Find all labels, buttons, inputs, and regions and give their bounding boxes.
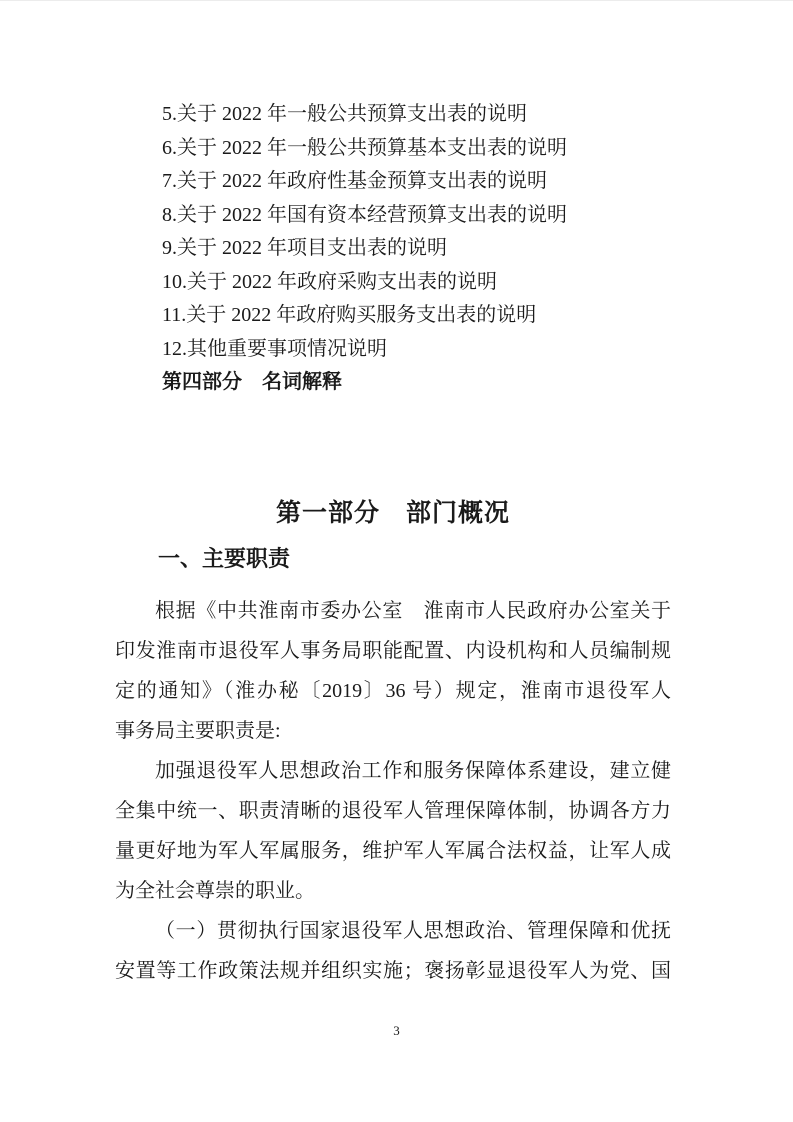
text-line: 定的通知》（淮办秘〔2019〕36 号）规定，淮南市退役军人 <box>115 671 671 711</box>
toc-item: 12.其他重要事项情况说明 <box>115 333 671 367</box>
paragraph: （一）贯彻执行国家退役军人思想政治、管理保障和优抚 安置等工作政策法规并组织实施… <box>115 911 671 991</box>
text-line: 量更好地为军人军属服务，维护军人军属合法权益，让军人成 <box>115 831 671 871</box>
toc-item: 6.关于 2022 年一般公共预算基本支出表的说明 <box>115 132 671 166</box>
toc-item: 5.关于 2022 年一般公共预算支出表的说明 <box>115 98 671 132</box>
toc-item: 10.关于 2022 年政府采购支出表的说明 <box>115 266 671 300</box>
paragraph: 根据《中共淮南市委办公室 淮南市人民政府办公室关于 印发淮南市退役军人事务局职能… <box>115 591 671 751</box>
text-line: 全集中统一、职责清晰的退役军人管理保障体制，协调各方力 <box>115 791 671 831</box>
text-line: 安置等工作政策法规并组织实施；褒扬彰显退役军人为党、国 <box>115 951 671 991</box>
text-line: 加强退役军人思想政治工作和服务保障体系建设，建立健 <box>115 751 671 791</box>
toc-item: 7.关于 2022 年政府性基金预算支出表的说明 <box>115 165 671 199</box>
document-page: 5.关于 2022 年一般公共预算支出表的说明 6.关于 2022 年一般公共预… <box>0 0 793 1122</box>
body-text: 根据《中共淮南市委办公室 淮南市人民政府办公室关于 印发淮南市退役军人事务局职能… <box>115 591 671 991</box>
table-of-contents: 5.关于 2022 年一般公共预算支出表的说明 6.关于 2022 年一般公共预… <box>115 1 671 400</box>
text-line: 事务局主要职责是: <box>115 711 671 751</box>
text-line: （一）贯彻执行国家退役军人思想政治、管理保障和优抚 <box>115 911 671 951</box>
page-number: 3 <box>0 1023 793 1039</box>
paragraph: 加强退役军人思想政治工作和服务保障体系建设，建立健 全集中统一、职责清晰的退役军… <box>115 751 671 911</box>
subsection-heading: 一、主要职责 <box>115 543 671 574</box>
text-line: 根据《中共淮南市委办公室 淮南市人民政府办公室关于 <box>115 591 671 631</box>
text-line: 印发淮南市退役军人事务局职能配置、内设机构和人员编制规 <box>115 631 671 671</box>
toc-item: 8.关于 2022 年国有资本经营预算支出表的说明 <box>115 199 671 233</box>
toc-item: 11.关于 2022 年政府购买服务支出表的说明 <box>115 299 671 333</box>
toc-item: 9.关于 2022 年项目支出表的说明 <box>115 232 671 266</box>
section-heading: 第一部分 部门概况 <box>115 495 671 531</box>
text-line: 为全社会尊崇的职业。 <box>115 871 671 911</box>
page-content: 5.关于 2022 年一般公共预算支出表的说明 6.关于 2022 年一般公共预… <box>115 1 671 991</box>
toc-part4-heading: 第四部分 名词解释 <box>115 366 671 400</box>
